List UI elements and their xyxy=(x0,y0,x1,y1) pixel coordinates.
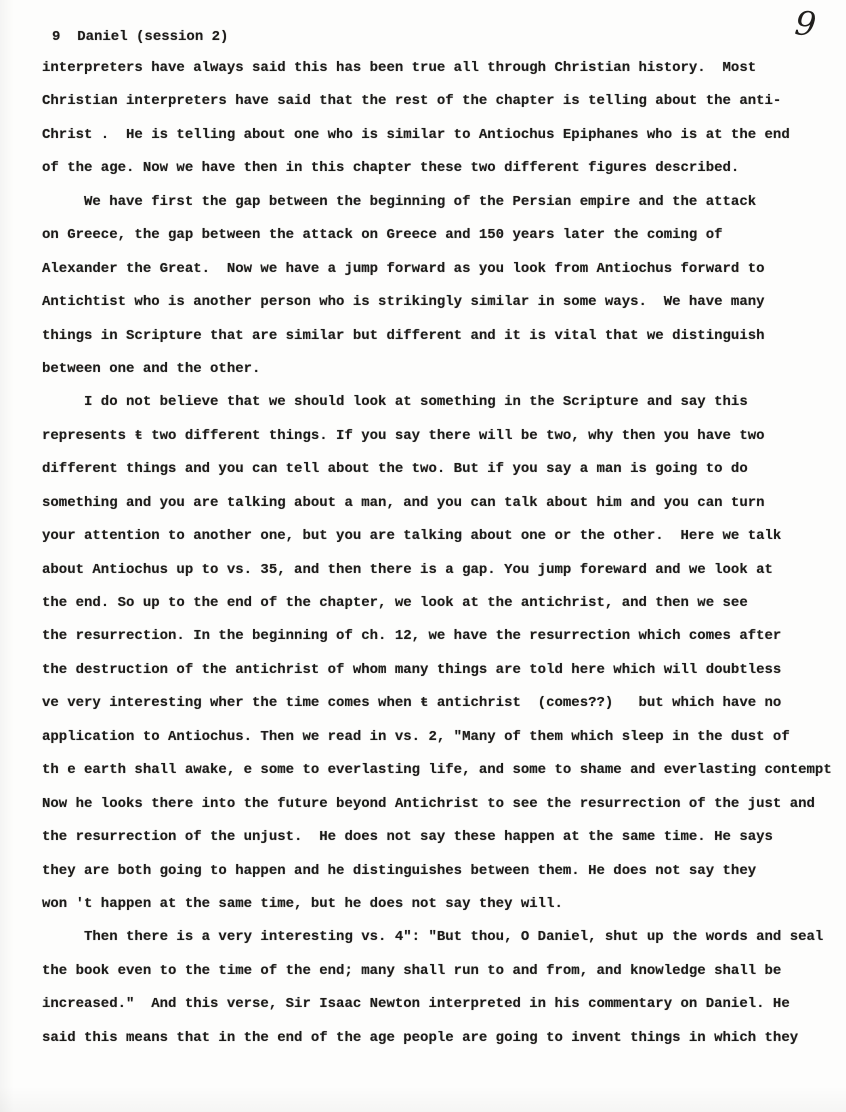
text-line: ve very interesting wher the time comes … xyxy=(42,687,846,720)
text-line: things in Scripture that are similar but… xyxy=(42,320,846,353)
text-line: of the age. Now we have then in this cha… xyxy=(42,152,846,185)
text-line: won 't happen at the same time, but he d… xyxy=(42,888,846,921)
text-line: Now he looks there into the future beyon… xyxy=(42,788,846,821)
text-line: th e earth shall awake, e some to everla… xyxy=(42,754,846,787)
text-line: your attention to another one, but you a… xyxy=(42,520,846,553)
document-body: interpreters have always said this has b… xyxy=(42,52,846,1055)
text-line: Alexander the Great. Now we have a jump … xyxy=(42,253,846,286)
text-line: interpreters have always said this has b… xyxy=(42,52,846,85)
text-line: different things and you can tell about … xyxy=(42,453,846,486)
text-line: the book even to the time of the end; ma… xyxy=(42,955,846,988)
document-page: 9 9 Daniel (session 2) interpreters have… xyxy=(0,0,846,1112)
text-line: the resurrection. In the beginning of ch… xyxy=(42,620,846,653)
page-header: 9 Daniel (session 2) xyxy=(52,26,228,48)
text-line: increased." And this verse, Sir Isaac Ne… xyxy=(42,988,846,1021)
text-line: on Greece, the gap between the attack on… xyxy=(42,219,846,252)
text-line: Christ . He is telling about one who is … xyxy=(42,119,846,152)
paragraph: interpreters have always said this has b… xyxy=(42,52,846,186)
text-line: Then there is a very interesting vs. 4":… xyxy=(42,921,846,954)
text-line: the resurrection of the unjust. He does … xyxy=(42,821,846,854)
text-line: said this means that in the end of the a… xyxy=(42,1022,846,1055)
text-line: the end. So up to the end of the chapter… xyxy=(42,587,846,620)
text-line: Antichtist who is another person who is … xyxy=(42,286,846,319)
text-line: I do not believe that we should look at … xyxy=(42,386,846,419)
paragraph: We have first the gap between the beginn… xyxy=(42,186,846,387)
text-line: something and you are talking about a ma… xyxy=(42,487,846,520)
text-line: We have first the gap between the beginn… xyxy=(42,186,846,219)
text-line: about Antiochus up to vs. 35, and then t… xyxy=(42,554,846,587)
text-line: application to Antiochus. Then we read i… xyxy=(42,721,846,754)
text-line: they are both going to happen and he dis… xyxy=(42,855,846,888)
paragraph: I do not believe that we should look at … xyxy=(42,386,846,921)
text-line: represents ŧ two different things. If yo… xyxy=(42,420,846,453)
paragraph: Then there is a very interesting vs. 4":… xyxy=(42,921,846,1055)
text-line: between one and the other. xyxy=(42,353,846,386)
text-line: the destruction of the antichrist of who… xyxy=(42,654,846,687)
text-line: Christian interpreters have said that th… xyxy=(42,85,846,118)
handwritten-page-number: 9 xyxy=(793,3,818,44)
